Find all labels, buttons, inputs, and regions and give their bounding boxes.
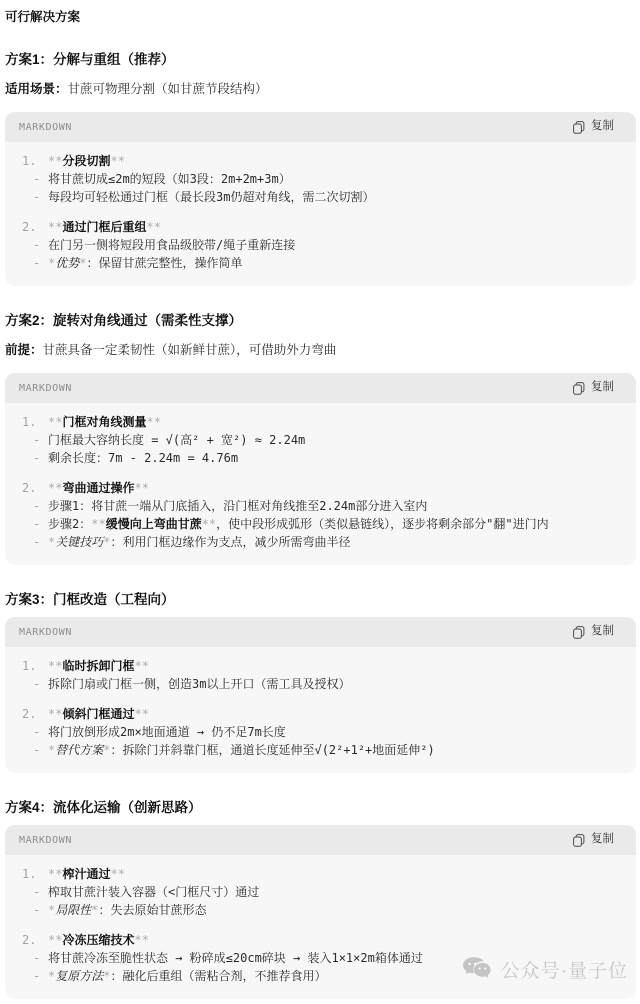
code-block-header: MARKDOWN 复制 — [5, 617, 636, 647]
sub-item-text: 步骤1：将甘蔗一端从门底插入，沿门框对角线推至2.24m部分进入室内 — [48, 499, 427, 513]
sub-item-text: *复原方法*：融化后重组（需粘合剂，不推荐食用） — [48, 969, 327, 983]
list-item-number: 1. — [22, 152, 36, 170]
list-item: 1. **临时拆卸门框** -拆除门扇或门框一侧，创造3m以上开口（需工具及授权… — [22, 657, 622, 693]
sub-item-text: *关键技巧*：利用门框边缘作为支点，减少所需弯曲半径 — [48, 535, 351, 549]
sub-item-text: *替代方案*：拆除门并斜靠门框，通道长度延伸至√(2²+1²+地面延伸²) — [48, 743, 435, 757]
sub-item-text: *局限性*：失去原始甘蔗形态 — [48, 903, 207, 917]
section-2-lead: 前提：甘蔗具备一定柔韧性（如新鲜甘蔗），可借助外力弯曲 — [5, 342, 636, 358]
code-block-header: MARKDOWN 复制 — [5, 825, 636, 855]
section-2-heading: 方案2：旋转对角线通过（需柔性支撑） — [5, 313, 636, 329]
sub-item-text: 榨取甘蔗汁装入容器（<门框尺寸）通过 — [48, 885, 259, 899]
list-sub-item: -*关键技巧*：利用门框边缘作为支点，减少所需弯曲半径 — [48, 533, 622, 551]
list-item: 1. **门框对角线测量** -门框最大容纳长度 = √(高² + 宽²) ≈ … — [22, 413, 622, 467]
sub-item-text: 每段均可轻松通过门框（最长段3m仍超对角线，需二次切割） — [48, 190, 374, 204]
dash-marker: - — [33, 533, 40, 551]
list-item-number: 2. — [22, 479, 36, 497]
dash-marker: - — [33, 431, 40, 449]
copy-icon — [573, 121, 585, 134]
code-block-header: MARKDOWN 复制 — [5, 373, 636, 403]
sub-item-text: *优势*：保留甘蔗完整性，操作简单 — [48, 256, 243, 270]
copy-button-label: 复制 — [591, 834, 614, 846]
copy-button[interactable]: 复制 — [573, 382, 614, 395]
lead-label: 适用场景： — [5, 82, 68, 96]
list-item-number: 2. — [22, 705, 36, 723]
page-title: 可行解决方案 — [5, 9, 636, 25]
solution-section-1: 方案1：分解与重组（推荐） 适用场景：甘蔗可物理分割（如甘蔗节段结构） MARK… — [5, 52, 636, 286]
dash-marker: - — [33, 254, 40, 272]
dash-marker: - — [33, 497, 40, 515]
code-language-label: MARKDOWN — [19, 835, 72, 846]
list-item-number: 2. — [22, 931, 36, 949]
list-sub-item: -门框最大容纳长度 = √(高² + 宽²) ≈ 2.24m — [48, 431, 622, 449]
copy-button[interactable]: 复制 — [573, 121, 614, 134]
dash-marker: - — [33, 741, 40, 759]
list-item: 1. **分段切割** -将甘蔗切成≤2m的短段（如3段：2m+2m+3m） -… — [22, 152, 622, 206]
list-item: 2. **通过门框后重组** -在门另一侧将短段用食品级胶带/绳子重新连接 -*… — [22, 218, 622, 272]
section-4-heading: 方案4：流体化运输（创新思路） — [5, 800, 636, 816]
markdown-code-block-4: MARKDOWN 复制 1. **榨汁通过** -榨取甘蔗汁装入容器（<门框尺寸… — [5, 825, 636, 999]
section-3-heading: 方案3：门框改造（工程向） — [5, 592, 636, 608]
list-item-title: **榨汁通过** — [48, 865, 622, 883]
code-language-label: MARKDOWN — [19, 122, 72, 133]
list-item-title: **倾斜门框通过** — [48, 705, 622, 723]
dash-marker: - — [33, 236, 40, 254]
sub-item-text: 将甘蔗切成≤2m的短段（如3段：2m+2m+3m） — [48, 172, 291, 186]
list-sub-item: -步骤1：将甘蔗一端从门底插入，沿门框对角线推至2.24m部分进入室内 — [48, 497, 622, 515]
document-page: 可行解决方案 方案1：分解与重组（推荐） 适用场景：甘蔗可物理分割（如甘蔗节段结… — [0, 0, 640, 999]
sub-item-text: 拆除门扇或门框一侧，创造3m以上开口（需工具及授权） — [48, 677, 350, 691]
sub-item-text: 将门放倒形成2m×地面通道 → 仍不足7m长度 — [48, 725, 286, 739]
list-item: 2. **冷冻压缩技术** -将甘蔗冷冻至脆性状态 → 粉碎成≤20cm碎块 →… — [22, 931, 622, 985]
list-item-number: 1. — [22, 865, 36, 883]
code-language-label: MARKDOWN — [19, 627, 72, 638]
markdown-code-block-2: MARKDOWN 复制 1. **门框对角线测量** -门框最大容纳长度 = √… — [5, 373, 636, 565]
list-sub-item: -榨取甘蔗汁装入容器（<门框尺寸）通过 — [48, 883, 622, 901]
dash-marker: - — [33, 723, 40, 741]
dash-marker: - — [33, 949, 40, 967]
solution-section-4: 方案4：流体化运输（创新思路） MARKDOWN 复制 1. **榨汁通过** … — [5, 800, 636, 999]
copy-button[interactable]: 复制 — [573, 626, 614, 639]
list-item-title: **临时拆卸门框** — [48, 657, 622, 675]
list-sub-item: -步骤2：**缓慢向上弯曲甘蔗**，使中段形成弧形（类似悬链线），逐步将剩余部分… — [48, 515, 622, 533]
dash-marker: - — [33, 883, 40, 901]
dash-marker: - — [33, 515, 40, 533]
copy-button-label: 复制 — [591, 121, 614, 133]
list-item-number: 1. — [22, 413, 36, 431]
code-block-body: 1. **临时拆卸门框** -拆除门扇或门框一侧，创造3m以上开口（需工具及授权… — [5, 647, 636, 773]
copy-icon — [573, 834, 585, 847]
dash-marker: - — [33, 901, 40, 919]
lead-label: 前提： — [5, 343, 43, 357]
markdown-code-block-3: MARKDOWN 复制 1. **临时拆卸门框** -拆除门扇或门框一侧，创造3… — [5, 617, 636, 773]
copy-button-label: 复制 — [591, 626, 614, 638]
sub-item-text: 剩余长度：7m - 2.24m = 4.76m — [48, 451, 238, 465]
sub-item-text: 门框最大容纳长度 = √(高² + 宽²) ≈ 2.24m — [48, 433, 305, 447]
dash-marker: - — [33, 170, 40, 188]
list-item-title: **分段切割** — [48, 152, 622, 170]
list-sub-item: -拆除门扇或门框一侧，创造3m以上开口（需工具及授权） — [48, 675, 622, 693]
list-item-title: **通过门框后重组** — [48, 218, 622, 236]
list-item-number: 1. — [22, 657, 36, 675]
section-1-lead: 适用场景：甘蔗可物理分割（如甘蔗节段结构） — [5, 81, 636, 97]
code-block-body: 1. **门框对角线测量** -门框最大容纳长度 = √(高² + 宽²) ≈ … — [5, 403, 636, 565]
sub-item-text: 步骤2：**缓慢向上弯曲甘蔗**，使中段形成弧形（类似悬链线），逐步将剩余部分"… — [48, 517, 549, 531]
code-block-header: MARKDOWN 复制 — [5, 112, 636, 142]
code-block-body: 1. **榨汁通过** -榨取甘蔗汁装入容器（<门框尺寸）通过 -*局限性*：失… — [5, 855, 636, 999]
sub-item-text: 在门另一侧将短段用食品级胶带/绳子重新连接 — [48, 238, 295, 252]
list-item: 1. **榨汁通过** -榨取甘蔗汁装入容器（<门框尺寸）通过 -*局限性*：失… — [22, 865, 622, 919]
list-item-title: **门框对角线测量** — [48, 413, 622, 431]
copy-icon — [573, 626, 585, 639]
solution-section-3: 方案3：门框改造（工程向） MARKDOWN 复制 1. **临时拆卸门框** … — [5, 592, 636, 773]
dash-marker: - — [33, 449, 40, 467]
dash-marker: - — [33, 188, 40, 206]
copy-button-label: 复制 — [591, 382, 614, 394]
lead-text: 甘蔗可物理分割（如甘蔗节段结构） — [68, 82, 268, 96]
list-item-title: **弯曲通过操作** — [48, 479, 622, 497]
section-1-heading: 方案1：分解与重组（推荐） — [5, 52, 636, 68]
list-sub-item: -将甘蔗切成≤2m的短段（如3段：2m+2m+3m） — [48, 170, 622, 188]
list-sub-item: -将门放倒形成2m×地面通道 → 仍不足7m长度 — [48, 723, 622, 741]
copy-button[interactable]: 复制 — [573, 834, 614, 847]
lead-text: 甘蔗具备一定柔韧性（如新鲜甘蔗），可借助外力弯曲 — [43, 343, 337, 357]
list-sub-item: -*复原方法*：融化后重组（需粘合剂，不推荐食用） — [48, 967, 622, 985]
sub-item-text: 将甘蔗冷冻至脆性状态 → 粉碎成≤20cm碎块 → 装入1×1×2m箱体通过 — [48, 951, 423, 965]
markdown-code-block-1: MARKDOWN 复制 1. **分段切割** -将甘蔗切成≤2m的短段（如3段… — [5, 112, 636, 286]
list-sub-item: -将甘蔗冷冻至脆性状态 → 粉碎成≤20cm碎块 → 装入1×1×2m箱体通过 — [48, 949, 622, 967]
list-item: 2. **弯曲通过操作** -步骤1：将甘蔗一端从门底插入，沿门框对角线推至2.… — [22, 479, 622, 551]
list-sub-item: -每段均可轻松通过门框（最长段3m仍超对角线，需二次切割） — [48, 188, 622, 206]
list-item: 2. **倾斜门框通过** -将门放倒形成2m×地面通道 → 仍不足7m长度 -… — [22, 705, 622, 759]
copy-icon — [573, 382, 585, 395]
dash-marker: - — [33, 967, 40, 985]
code-block-body: 1. **分段切割** -将甘蔗切成≤2m的短段（如3段：2m+2m+3m） -… — [5, 142, 636, 286]
dash-marker: - — [33, 675, 40, 693]
list-sub-item: -剩余长度：7m - 2.24m = 4.76m — [48, 449, 622, 467]
list-sub-item: -*局限性*：失去原始甘蔗形态 — [48, 901, 622, 919]
list-sub-item: -*替代方案*：拆除门并斜靠门框，通道长度延伸至√(2²+1²+地面延伸²) — [48, 741, 622, 759]
solution-section-2: 方案2：旋转对角线通过（需柔性支撑） 前提：甘蔗具备一定柔韧性（如新鲜甘蔗），可… — [5, 313, 636, 565]
list-item-number: 2. — [22, 218, 36, 236]
list-sub-item: -在门另一侧将短段用食品级胶带/绳子重新连接 — [48, 236, 622, 254]
list-item-title: **冷冻压缩技术** — [48, 931, 622, 949]
code-language-label: MARKDOWN — [19, 383, 72, 394]
list-sub-item: -*优势*：保留甘蔗完整性，操作简单 — [48, 254, 622, 272]
